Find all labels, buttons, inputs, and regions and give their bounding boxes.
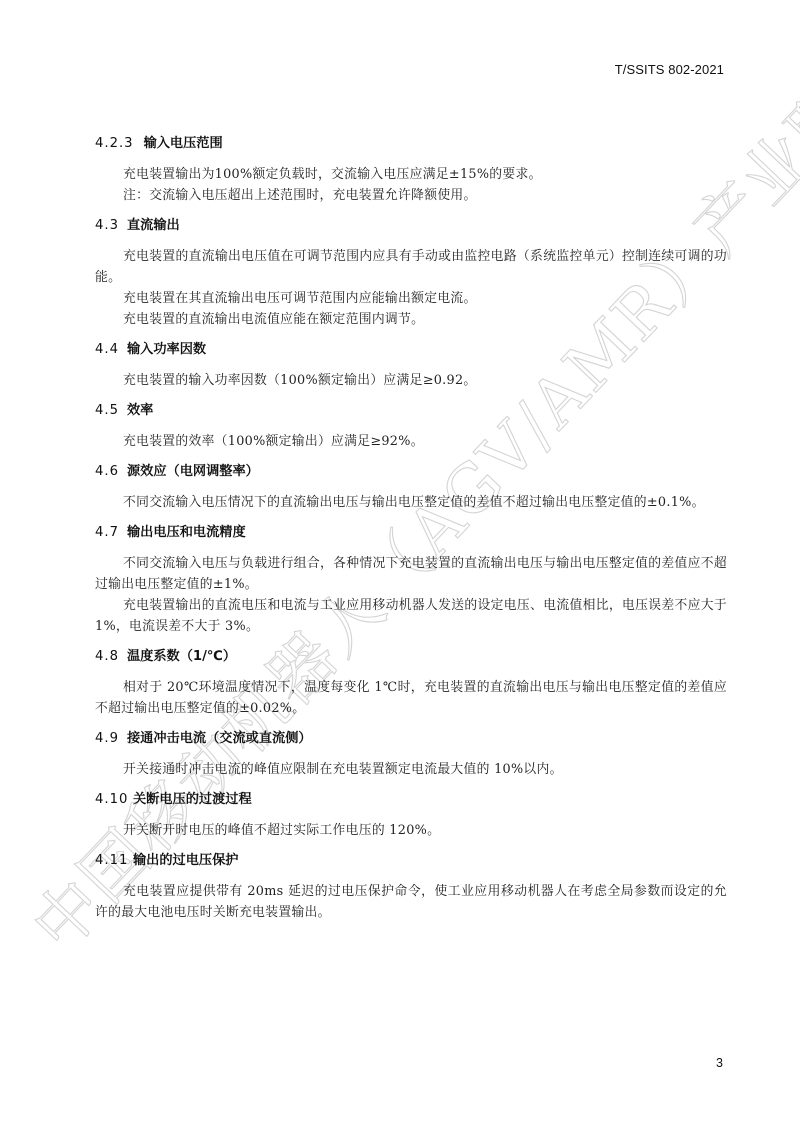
section-number: 4.7 (95, 522, 127, 544)
paragraph: 充电装置的直流输出电流值应能在额定范围内调节。 (95, 309, 727, 330)
section-number: 4.6 (95, 461, 127, 483)
section-heading: 4.11输出的过电压保护 (95, 850, 727, 872)
section-heading: 4.5效率 (95, 400, 727, 422)
section-number: 4.2.3 (95, 133, 134, 155)
section-4-8: 4.8温度系数（1/℃） 相对于 20℃环境温度情况下，温度每变化 1℃时，充电… (95, 646, 727, 719)
section-4-4: 4.4输入功率因数 充电装置的输入功率因数（100%额定输出）应满足≥0.92。 (95, 339, 727, 391)
document-page: 中国移动机器人（AGV/AMR）产业联盟 T/SSITS 802-2021 4.… (0, 0, 800, 1132)
section-4-2-3: 4.2.3输入电压范围 充电装置输出为100%额定负载时，交流输入电压应满足±1… (95, 133, 727, 206)
section-4-3: 4.3直流输出 充电装置的直流输出电压值在可调节范围内应具有手动或由监控电路（系… (95, 215, 727, 330)
paragraph: 充电装置应提供带有 20ms 延迟的过电压保护命令，使工业应用移动机器人在考虑全… (95, 881, 727, 923)
section-heading: 4.2.3输入电压范围 (95, 133, 727, 155)
paragraph: 不同交流输入电压情况下的直流输出电压与输出电压整定值的差值不超过输出电压整定值的… (95, 492, 727, 513)
section-number: 4.4 (95, 339, 127, 361)
section-heading: 4.10关断电压的过渡过程 (95, 789, 727, 811)
paragraph: 充电装置的效率（100%额定输出）应满足≥92%。 (95, 431, 727, 452)
section-heading: 4.6源效应（电网调整率） (95, 461, 727, 483)
section-title: 源效应（电网调整率） (127, 464, 259, 479)
section-number: 4.11 (95, 850, 133, 872)
section-heading: 4.4输入功率因数 (95, 339, 727, 361)
section-4-10: 4.10关断电压的过渡过程 开关断开时电压的峰值不超过实际工作电压的 120%。 (95, 789, 727, 841)
section-number: 4.9 (95, 728, 127, 750)
section-number: 4.5 (95, 400, 127, 422)
paragraph: 相对于 20℃环境温度情况下，温度每变化 1℃时，充电装置的直流输出电压与输出电… (95, 677, 727, 719)
section-heading: 4.9接通冲击电流（交流或直流侧） (95, 728, 727, 750)
section-title: 温度系数（1/℃） (127, 649, 236, 664)
section-title: 输出电压和电流精度 (127, 525, 246, 540)
page-number: 3 (716, 1056, 723, 1070)
section-title: 直流输出 (127, 218, 180, 233)
paragraph: 充电装置输出为100%额定负载时，交流输入电压应满足±15%的要求。 (95, 164, 727, 185)
section-title: 效率 (127, 403, 153, 418)
paragraph: 充电装置在其直流输出电压可调节范围内应能输出额定电流。 (95, 288, 727, 309)
section-title: 输入电压范围 (144, 136, 223, 151)
document-body: 4.2.3输入电压范围 充电装置输出为100%额定负载时，交流输入电压应满足±1… (95, 133, 727, 923)
section-heading: 4.8温度系数（1/℃） (95, 646, 727, 668)
section-4-6: 4.6源效应（电网调整率） 不同交流输入电压情况下的直流输出电压与输出电压整定值… (95, 461, 727, 513)
paragraph: 开关接通时冲击电流的峰值应限制在充电装置额定电流最大值的 10%以内。 (95, 759, 727, 780)
section-number: 4.3 (95, 215, 127, 237)
section-number: 4.8 (95, 646, 127, 668)
section-4-11: 4.11输出的过电压保护 充电装置应提供带有 20ms 延迟的过电压保护命令，使… (95, 850, 727, 923)
section-title: 输出的过电压保护 (133, 853, 239, 868)
paragraph: 充电装置输出的直流电压和电流与工业应用移动机器人发送的设定电压、电流值相比，电压… (95, 595, 727, 637)
section-number: 4.10 (95, 789, 133, 811)
document-code: T/SSITS 802-2021 (615, 62, 724, 77)
section-4-7: 4.7输出电压和电流精度 不同交流输入电压与负载进行组合，各种情况下充电装置的直… (95, 522, 727, 637)
section-heading: 4.7输出电压和电流精度 (95, 522, 727, 544)
section-heading: 4.3直流输出 (95, 215, 727, 237)
paragraph: 充电装置的输入功率因数（100%额定输出）应满足≥0.92。 (95, 370, 727, 391)
section-title: 输入功率因数 (127, 342, 206, 357)
section-4-9: 4.9接通冲击电流（交流或直流侧） 开关接通时冲击电流的峰值应限制在充电装置额定… (95, 728, 727, 780)
paragraph: 充电装置的直流输出电压值在可调节范围内应具有手动或由监控电路（系统监控单元）控制… (95, 246, 727, 288)
section-4-5: 4.5效率 充电装置的效率（100%额定输出）应满足≥92%。 (95, 400, 727, 452)
section-title: 关断电压的过渡过程 (133, 792, 252, 807)
paragraph: 不同交流输入电压与负载进行组合，各种情况下充电装置的直流输出电压与输出电压整定值… (95, 553, 727, 595)
section-title: 接通冲击电流（交流或直流侧） (127, 731, 312, 746)
note-paragraph: 注：交流输入电压超出上述范围时，充电装置允许降额使用。 (95, 185, 727, 206)
paragraph: 开关断开时电压的峰值不超过实际工作电压的 120%。 (95, 820, 727, 841)
